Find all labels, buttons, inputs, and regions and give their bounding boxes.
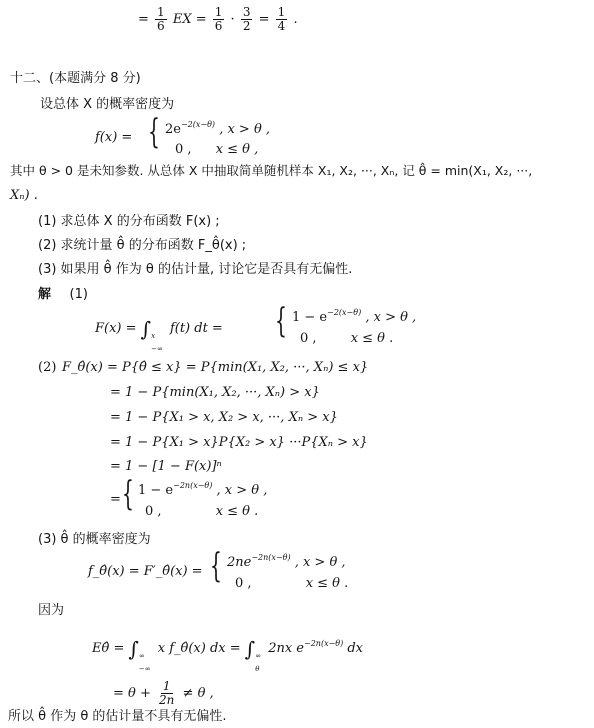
numerator: 3 xyxy=(241,6,253,20)
numerator: 1 xyxy=(276,6,288,20)
Fx-case-2: 0 , x ≤ θ . xyxy=(300,332,393,345)
condition: , x > θ , xyxy=(219,122,270,137)
denominator: 6 xyxy=(155,20,167,33)
upper-limit: ∞ xyxy=(255,653,261,660)
integral-sign: ∫ xyxy=(128,637,138,661)
condition: , x > θ , xyxy=(365,310,416,325)
part2-line-2: = 1 − P{min(X₁, X₂, ···, Xₙ) > x} xyxy=(110,386,320,399)
expectation-line-1: Eθ̂ = ∫∞−∞ x f_θ̂(x) dx = ∫∞θ 2nx e−2n(x… xyxy=(92,639,363,673)
part2-label: (2) xyxy=(38,361,56,374)
expression: 0 , xyxy=(235,576,252,591)
intro-text: 设总体 X 的概率密度为 xyxy=(40,98,174,111)
exponent: −2(x−θ) xyxy=(327,308,361,317)
part2-line-4: = 1 − P{X₁ > x}P{X₂ > x} ···P{Xₙ > x} xyxy=(110,436,368,449)
suffix: ≠ θ , xyxy=(183,686,214,701)
integral-sign: ∫ xyxy=(141,317,151,341)
solution-label: 解 (1) xyxy=(38,288,88,301)
fraction: 32 xyxy=(241,6,253,33)
equals-sign: = xyxy=(138,12,149,27)
section-header: 十二、(本题满分 8 分) xyxy=(10,72,141,85)
fx-case-1: 2e−2(x−θ) , x > θ , xyxy=(165,121,270,136)
expression: 0 , xyxy=(145,504,162,519)
equals-sign: = xyxy=(259,12,270,27)
piecewise-brace: { xyxy=(122,477,134,511)
top-equation: = 16 EX = 16 · 32 = 14 . xyxy=(138,6,298,33)
Fx-case-1: 1 − e−2(x−θ) , x > θ , xyxy=(292,309,416,324)
conclusion: 所以 θ̂ 作为 θ 的估计量不具有无偏性. xyxy=(8,710,227,723)
fx-case-2: 0 , x ≤ θ , xyxy=(175,143,258,156)
exponent: −2(x−θ) xyxy=(181,120,215,129)
Fx-lhs: F(x) = ∫x−∞ f(t) dt = xyxy=(95,319,223,353)
part2-line-1: F_θ̂(x) = P{θ̂ ≤ x} = P{min(X₁, X₂, ···,… xyxy=(62,361,368,374)
piecewise-brace: { xyxy=(275,304,287,338)
expression: 1 − e xyxy=(138,483,173,498)
fraction: 14 xyxy=(276,6,288,33)
condition: , x > θ , xyxy=(216,483,267,498)
part2-piece-prefix: = xyxy=(110,493,121,506)
piecewise-brace: { xyxy=(148,115,160,149)
lower-limit: θ xyxy=(255,666,261,673)
exponent: −2n(x−θ) xyxy=(251,553,290,562)
expression: 2e xyxy=(165,122,181,137)
upper-limit: ∞ xyxy=(139,653,151,660)
statement-line-2: Xₙ) . xyxy=(10,189,38,202)
expectation-line-2: = θ + 12n ≠ θ , xyxy=(113,680,214,707)
lhs: F(x) = xyxy=(95,321,137,336)
condition: x ≤ θ . xyxy=(216,504,259,519)
denominator: 2 xyxy=(241,20,253,33)
part2-line-3: = 1 − P{X₁ > x, X₂ > x, ···, Xₙ > x} xyxy=(110,411,338,424)
part2-line-5: = 1 − [1 − F(x)]ⁿ xyxy=(110,460,222,473)
part2-case-2: 0 , x ≤ θ . xyxy=(145,505,258,518)
lower-limit: −∞ xyxy=(139,666,151,673)
part2-case-1: 1 − e−2n(x−θ) , x > θ , xyxy=(138,482,267,497)
expression: 2ne xyxy=(227,555,251,570)
integrand: 2nx e xyxy=(268,641,304,656)
fraction: 16 xyxy=(155,6,167,33)
part3-case-1: 2ne−2n(x−θ) , x > θ , xyxy=(227,554,346,569)
question-3: (3) 如果用 θ̂ 作为 θ 的估计量, 讨论它是否具有无偏性. xyxy=(38,263,352,276)
numerator: 1 xyxy=(155,6,167,20)
condition: x ≤ θ , xyxy=(216,142,259,157)
statement-line-1: 其中 θ > 0 是未知参数. 从总体 X 中抽取简单随机样本 X₁, X₂, … xyxy=(10,165,532,178)
upper-limit: x xyxy=(151,333,163,340)
integral-sign: ∫ xyxy=(245,637,255,661)
part-label: (1) xyxy=(70,287,88,302)
exponent: −2n(x−θ) xyxy=(173,481,212,490)
integrand: x f_θ̂(x) dx = xyxy=(158,641,241,656)
condition: x ≤ θ . xyxy=(351,331,394,346)
part3-case-2: 0 , x ≤ θ . xyxy=(235,577,348,590)
expression: 0 , xyxy=(300,331,317,346)
solution-heading: 解 xyxy=(38,287,51,302)
equals-sign: = xyxy=(196,12,207,27)
numerator: 1 xyxy=(161,680,173,694)
denominator: 4 xyxy=(276,20,288,33)
part3-lhs: f_θ̂(x) = F′_θ̂(x) = xyxy=(88,565,203,578)
because-label: 因为 xyxy=(38,604,64,617)
condition: x ≤ θ . xyxy=(306,576,349,591)
fraction: 16 xyxy=(213,6,225,33)
fx-lhs: f(x) = xyxy=(95,131,132,144)
differential: dx xyxy=(347,641,363,656)
piecewise-brace: { xyxy=(210,549,222,583)
integrand: f(t) dt = xyxy=(170,321,223,336)
condition: , x > θ , xyxy=(295,555,346,570)
fraction: 12n xyxy=(157,680,176,707)
denominator: 2n xyxy=(157,694,176,707)
question-1: (1) 求总体 X 的分布函数 F(x) ; xyxy=(38,215,220,228)
expectation-symbol: EX xyxy=(173,12,192,27)
part3-label: (3) θ̂ 的概率密度为 xyxy=(38,533,151,546)
numerator: 1 xyxy=(213,6,225,20)
period: . xyxy=(293,12,297,27)
expression: 0 , xyxy=(175,142,192,157)
multiply-dot: · xyxy=(231,12,235,27)
prefix: = θ + xyxy=(113,686,151,701)
exponent: −2n(x−θ) xyxy=(304,639,343,648)
lower-limit: −∞ xyxy=(151,346,163,353)
question-2: (2) 求统计量 θ̂ 的分布函数 F_θ̂(x) ; xyxy=(38,239,246,252)
denominator: 6 xyxy=(213,20,225,33)
expression: 1 − e xyxy=(292,310,327,325)
lhs: Eθ̂ = xyxy=(92,641,124,656)
